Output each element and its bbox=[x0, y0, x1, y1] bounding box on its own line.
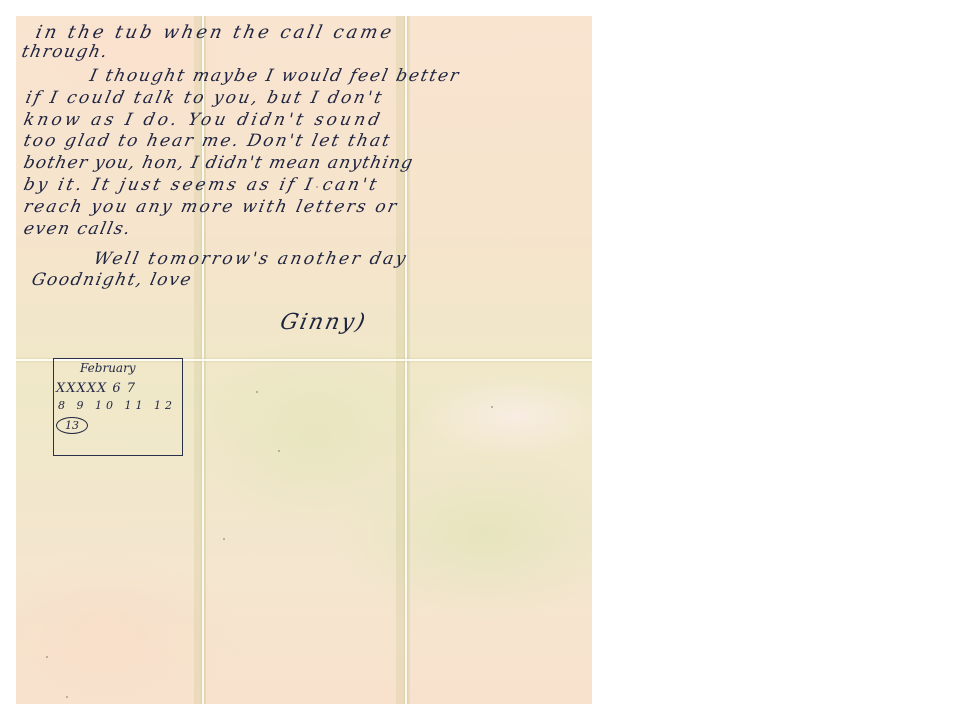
paper-speck bbox=[46, 656, 48, 658]
calendar-box: February XXXXX 6 7 8 9 10 11 12 13 bbox=[53, 358, 183, 456]
letter-line: Goodnight, love bbox=[30, 272, 194, 289]
letter-line: know as I do. You didn't sound bbox=[22, 112, 384, 129]
letter-line: through. bbox=[20, 44, 110, 61]
letter-line: in the tub when the call came bbox=[34, 24, 396, 42]
calendar-row-2: 8 9 10 11 12 bbox=[58, 399, 176, 412]
letter-line: Well tomorrow's another day bbox=[92, 251, 409, 268]
paper-speck bbox=[66, 696, 68, 698]
paper-speck bbox=[256, 391, 258, 393]
letter-line: if I could talk to you, but I don't bbox=[24, 90, 385, 107]
letter-line: I thought maybe I would feel better bbox=[88, 68, 462, 85]
letter-paper: in the tub when the call came through. I… bbox=[16, 16, 592, 704]
paper-speck bbox=[491, 406, 493, 408]
letter-line: bother you, hon, I didn't mean anything bbox=[22, 155, 415, 172]
calendar-month: February bbox=[80, 361, 136, 375]
calendar-circled-day: 13 bbox=[56, 417, 88, 434]
letter-line: even calls. bbox=[22, 221, 133, 238]
paper-speck bbox=[278, 450, 280, 452]
letter-line: reach you any more with letters or bbox=[22, 199, 400, 216]
letter-line: by it. It just seems as if I can't bbox=[22, 177, 381, 194]
page-canvas: in the tub when the call came through. I… bbox=[0, 0, 960, 720]
signature: Ginny) bbox=[278, 312, 369, 334]
paper-speck bbox=[223, 538, 225, 540]
calendar-row-1: XXXXX 6 7 bbox=[56, 381, 136, 396]
letter-line: too glad to hear me. Don't let that bbox=[22, 133, 393, 150]
